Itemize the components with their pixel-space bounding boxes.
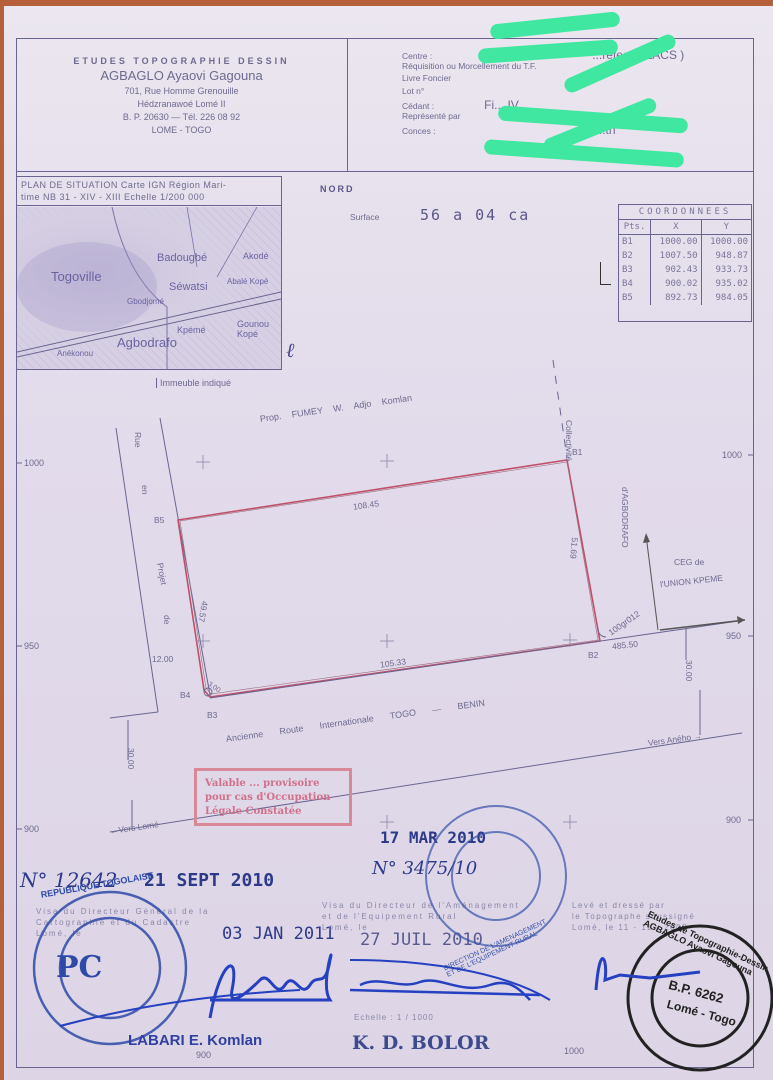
seal-republic-emblem: PC [56,950,102,985]
signatory-name: LABARI E. Komlan [128,1032,262,1049]
signatory-name: K. D. BOLOR [352,1032,489,1054]
